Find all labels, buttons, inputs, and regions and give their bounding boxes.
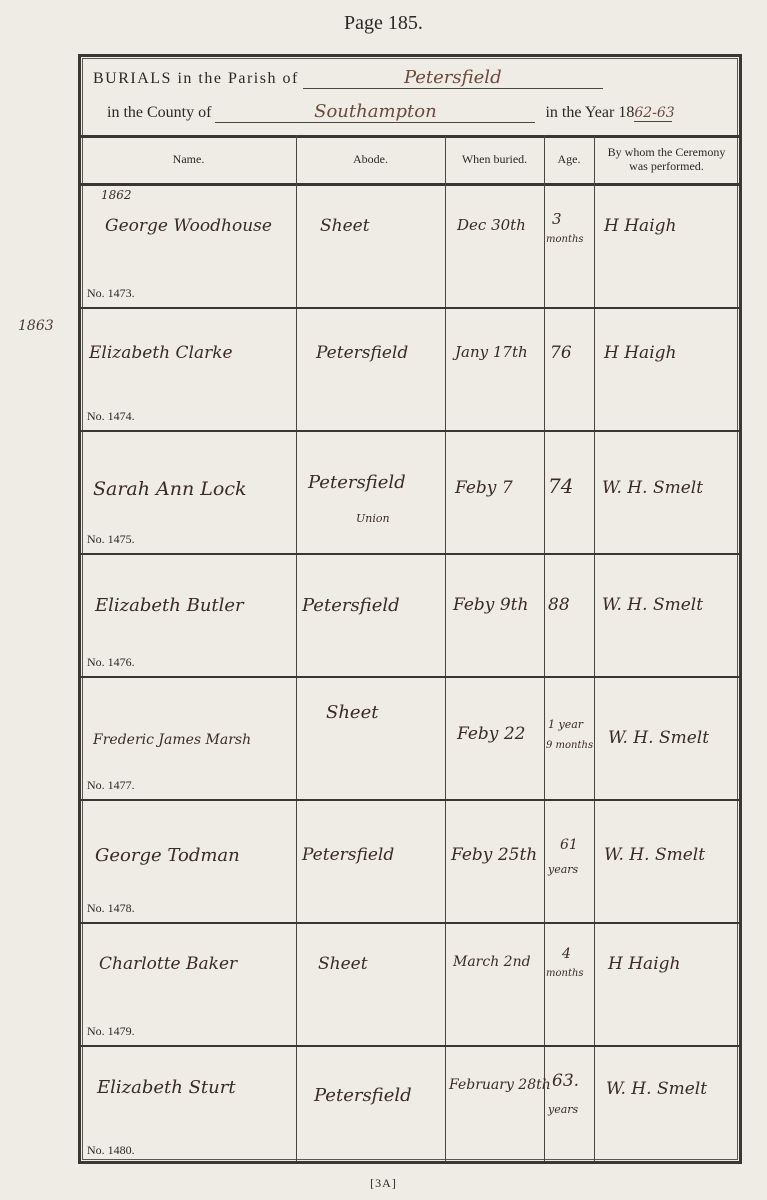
- officiant-cell: H Haigh: [594, 186, 739, 307]
- entry-age-unit: months: [546, 968, 584, 979]
- entry-when-buried: Jany 17th: [455, 343, 528, 361]
- entry-age-unit: years: [548, 863, 578, 876]
- entry-name: Sarah Ann Lock: [93, 478, 246, 500]
- name-cell: 1862 George Woodhouse No. 1473.: [81, 186, 296, 307]
- entry-number: No. 1474.: [87, 409, 135, 424]
- entry-name: George Woodhouse: [105, 216, 272, 236]
- when-buried-cell: Dec 30th: [445, 186, 544, 307]
- page-title: Page 185.: [0, 12, 767, 35]
- entry-abode: Sheet: [320, 216, 370, 236]
- entry-age: 63.: [552, 1071, 579, 1091]
- table-row: Elizabeth Sturt No. 1480. Petersfield Fe…: [81, 1047, 739, 1164]
- entry-officiant: W. H. Smelt: [608, 728, 709, 748]
- entry-when-buried: Feby 22: [457, 724, 525, 744]
- entry-age-unit: years: [548, 1103, 578, 1116]
- entry-number: No. 1478.: [87, 901, 135, 916]
- parish-value: Petersfield: [303, 67, 603, 89]
- entry-abode: Sheet: [318, 954, 368, 974]
- entry-when-buried: Dec 30th: [457, 216, 526, 234]
- entry-age: 76: [550, 343, 572, 363]
- table-row: Sarah Ann Lock No. 1475. Petersfield Uni…: [81, 432, 739, 555]
- entry-name: Elizabeth Sturt: [97, 1077, 236, 1098]
- entry-age: 1 year: [548, 718, 583, 731]
- entry-number: No. 1475.: [87, 532, 135, 547]
- column-header-age: Age.: [544, 135, 594, 183]
- entry-age-unit: months: [546, 234, 584, 245]
- entry-number: No. 1480.: [87, 1143, 135, 1158]
- age-cell: 3 months: [544, 186, 594, 307]
- entry-when-buried: Feby 7: [455, 478, 513, 498]
- entry-age-unit: 9 months: [546, 740, 593, 751]
- county-value: Southampton: [215, 101, 535, 123]
- entry-abode: Petersfield: [308, 472, 406, 493]
- entry-number: No. 1476.: [87, 655, 135, 670]
- column-header-abode: Abode.: [296, 135, 445, 183]
- entry-when-buried: Feby 9th: [453, 595, 528, 615]
- entry-abode: Petersfield: [302, 595, 400, 616]
- entry-name: George Todman: [95, 845, 240, 866]
- table-row: George Todman No. 1478. Petersfield Feby…: [81, 801, 739, 924]
- parish-label: BURIALS in the Parish of: [93, 70, 299, 87]
- margin-year-note: 1863: [18, 318, 54, 334]
- entry-name: Elizabeth Butler: [95, 595, 244, 616]
- entry-number: No. 1477.: [87, 778, 135, 793]
- abode-cell: Sheet: [296, 186, 445, 307]
- entry-number: No. 1479.: [87, 1024, 135, 1039]
- entry-age: 74: [548, 474, 573, 498]
- entry-name: Frederic James Marsh: [93, 732, 251, 748]
- table-row: Elizabeth Clarke No. 1474. Petersfield J…: [81, 309, 739, 432]
- entry-number: No. 1473.: [87, 286, 135, 301]
- entry-name: Charlotte Baker: [99, 954, 237, 974]
- column-header-officiant: By whom the Ceremony was performed.: [594, 135, 739, 183]
- column-header-row: Name. Abode. When buried. Age. By whom t…: [81, 135, 739, 186]
- parish-line: BURIALS in the Parish of Petersfield: [93, 67, 603, 89]
- county-line: in the County of Southampton in the Year…: [107, 101, 672, 123]
- entry-officiant: W. H. Smelt: [604, 845, 705, 865]
- entry-abode: Petersfield: [302, 845, 394, 865]
- entry-age: 61: [560, 837, 578, 853]
- entry-name: Elizabeth Clarke: [89, 343, 233, 363]
- burial-register-frame: BURIALS in the Parish of Petersfield in …: [78, 54, 742, 1164]
- table-row: Frederic James Marsh No. 1477. Sheet Feb…: [81, 678, 739, 801]
- entry-abode: Petersfield: [316, 343, 408, 363]
- entry-when-buried: Feby 25th: [451, 845, 537, 865]
- entry-when-buried: March 2nd: [453, 954, 531, 970]
- entry-abode: Petersfield: [314, 1085, 412, 1106]
- entry-age: 4: [562, 946, 571, 962]
- county-label: in the County of: [107, 104, 211, 121]
- column-header-name: Name.: [81, 135, 296, 183]
- table-row: Elizabeth Butler No. 1476. Petersfield F…: [81, 555, 739, 678]
- entry-officiant: H Haigh: [604, 343, 676, 363]
- year-label: in the Year 18: [545, 104, 634, 121]
- table-row: 1862 George Woodhouse No. 1473. Sheet De…: [81, 186, 739, 309]
- page-signature: [3A]: [0, 1176, 767, 1191]
- entry-officiant: H Haigh: [608, 954, 680, 974]
- entry-age: 3: [552, 210, 562, 228]
- entry-officiant: W. H. Smelt: [602, 595, 703, 615]
- entry-when-buried: February 28th: [449, 1077, 551, 1093]
- register-header: BURIALS in the Parish of Petersfield in …: [81, 57, 739, 138]
- year-note: 1862: [101, 188, 132, 202]
- entry-officiant: W. H. Smelt: [602, 478, 703, 498]
- entry-abode-note: Union: [356, 512, 390, 525]
- table-row: Charlotte Baker No. 1479. Sheet March 2n…: [81, 924, 739, 1047]
- year-value: 62-63: [634, 105, 672, 122]
- entry-abode: Sheet: [326, 702, 378, 723]
- column-header-when-buried: When buried.: [445, 135, 544, 183]
- entry-age: 88: [548, 595, 570, 615]
- entry-officiant: W. H. Smelt: [606, 1079, 707, 1099]
- entry-officiant: H Haigh: [604, 216, 676, 236]
